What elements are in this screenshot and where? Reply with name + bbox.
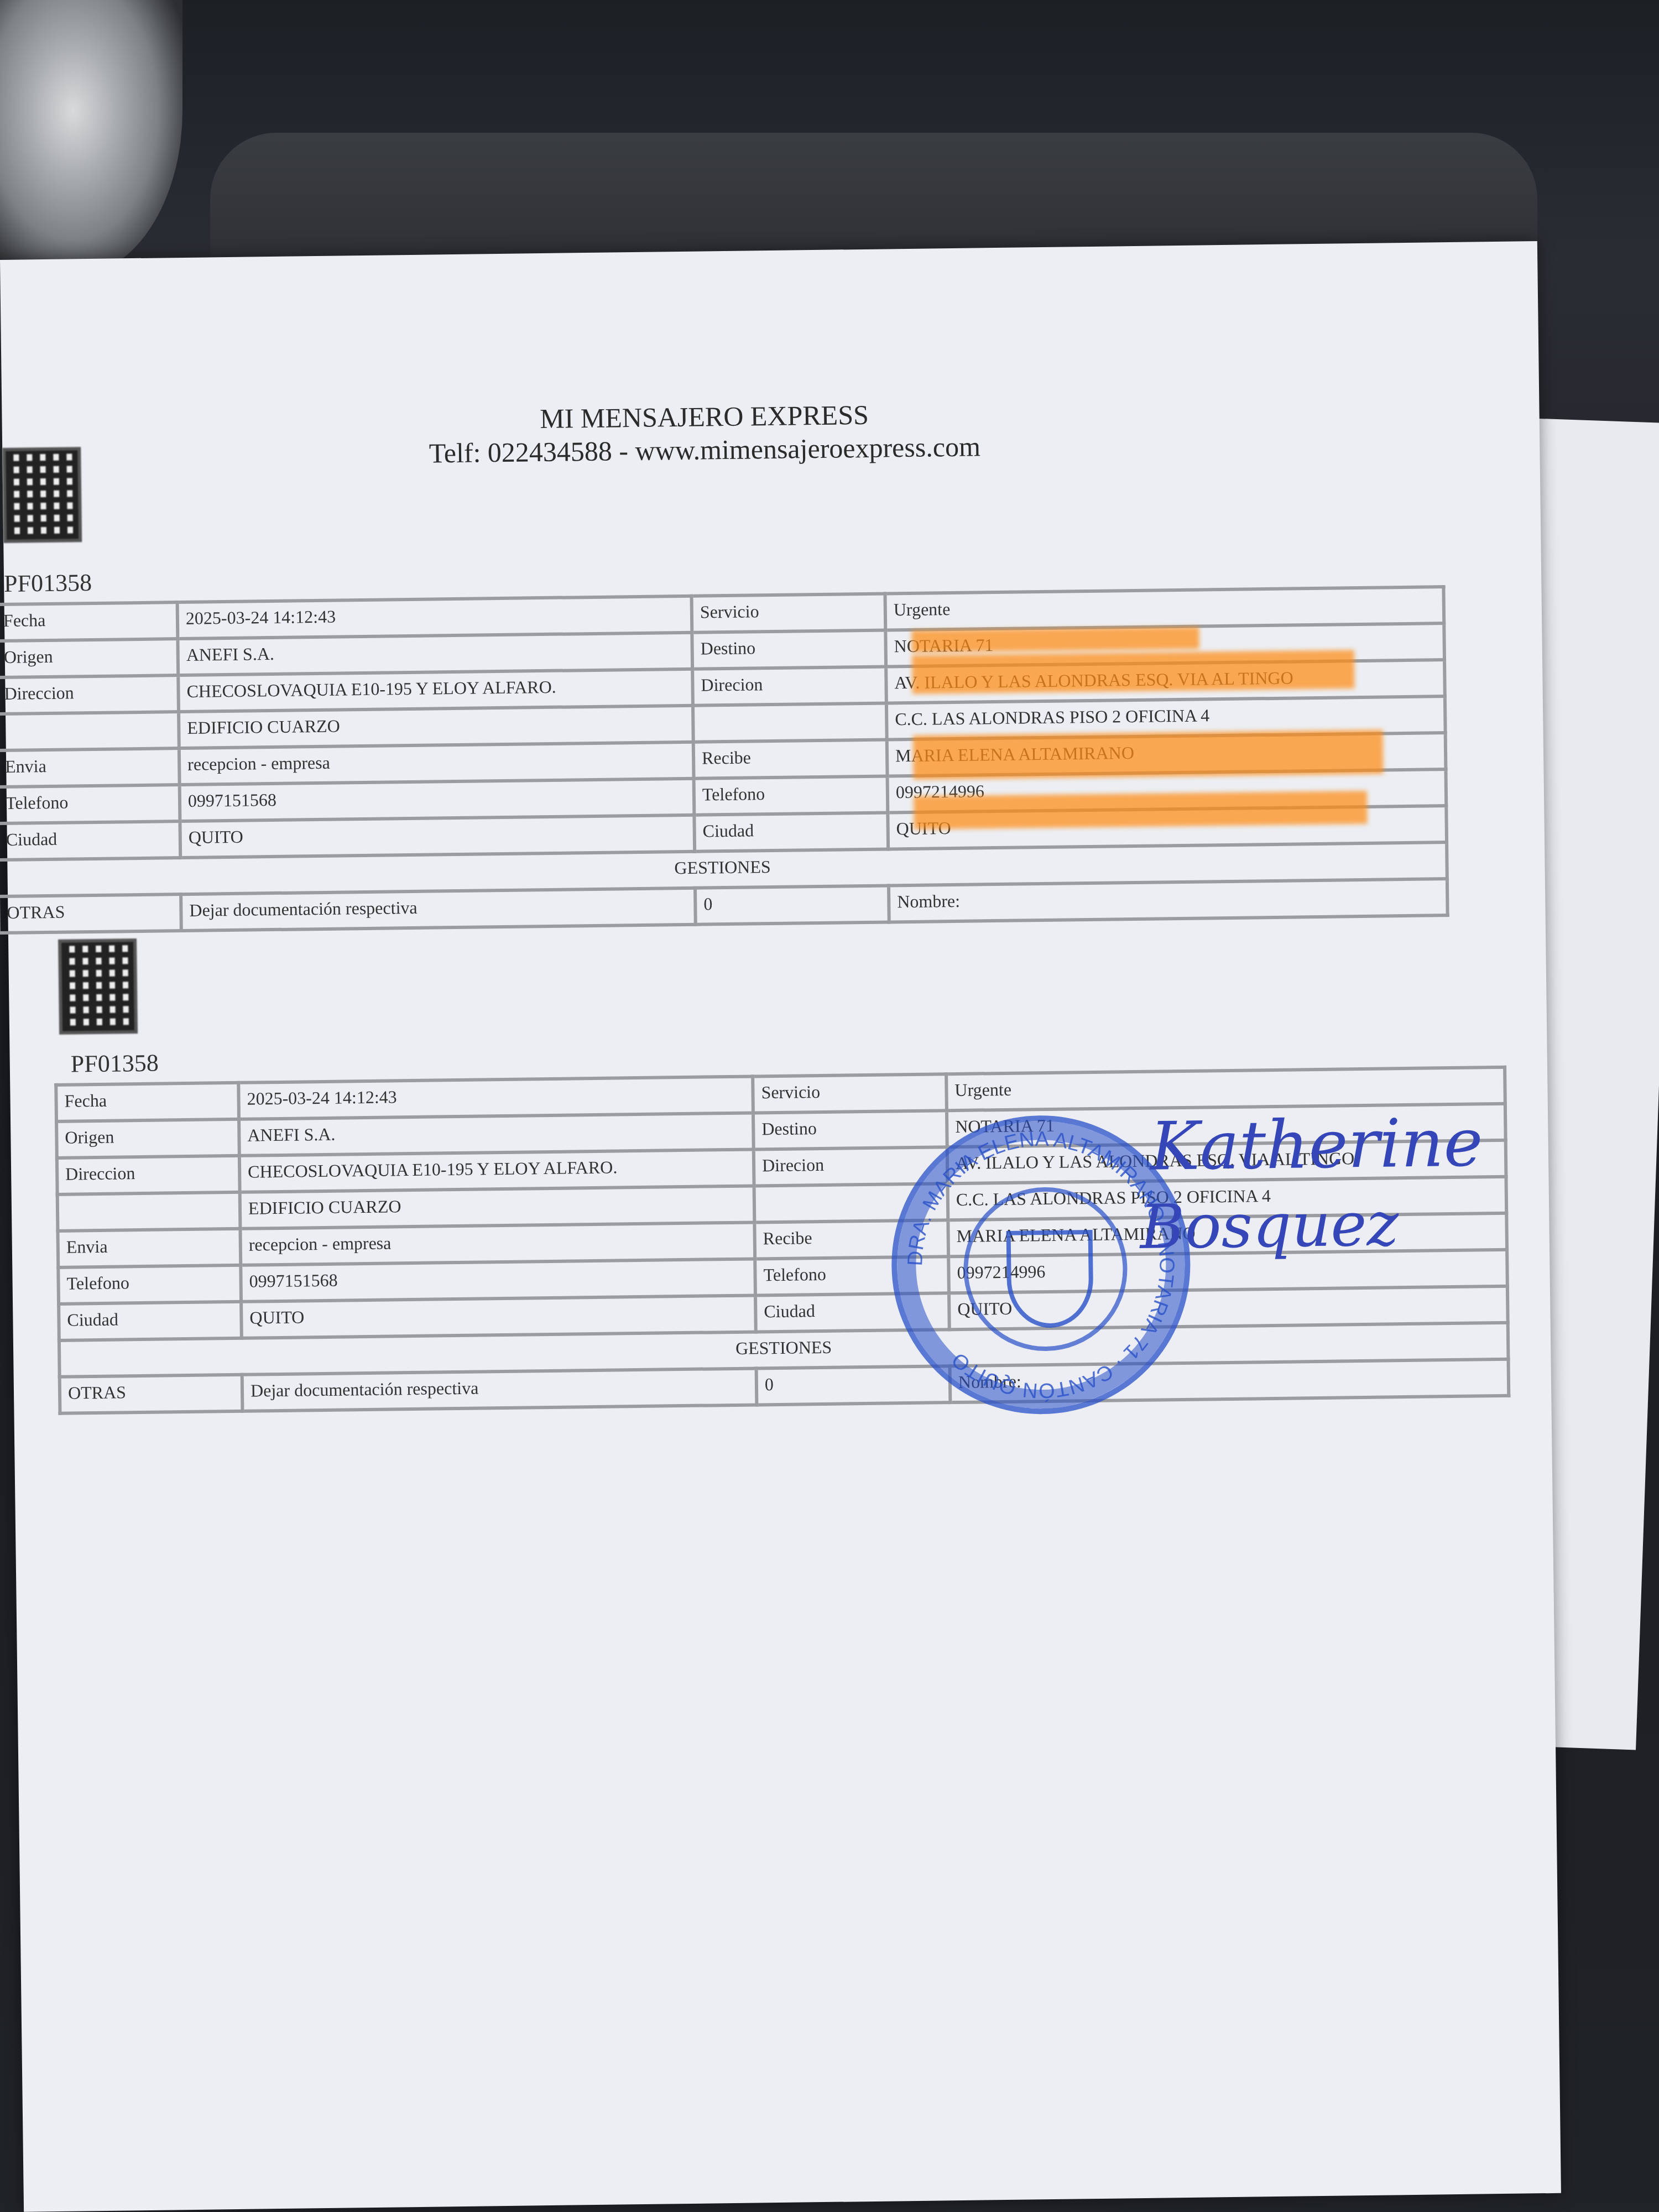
value-ciudad: QUITO xyxy=(241,1295,756,1338)
chair-metal-frame xyxy=(0,0,182,276)
gestion-description: Dejar documentación respectiva xyxy=(242,1368,757,1411)
gestion-name-label: Nombre: xyxy=(889,879,1448,922)
value-servicio: Urgente xyxy=(885,587,1444,630)
gestion-description: Dejar documentación respectiva xyxy=(181,888,696,931)
value-direccion-line1: CHECOSLOVAQUIA E10-195 Y ELOY ALFARO. xyxy=(239,1149,754,1192)
label-telefono-destino: Telefono xyxy=(694,776,888,815)
signature-last-name: Bosquez xyxy=(1140,1188,1399,1262)
highlight-mark xyxy=(913,730,1384,780)
label-direccion-destino: Direcion xyxy=(692,666,886,705)
value-envia: recepcion - empresa xyxy=(179,742,694,785)
value-origen: ANEFI S.A. xyxy=(239,1113,754,1155)
value-fecha: 2025-03-24 14:12:43 xyxy=(238,1076,753,1119)
highlight-mark xyxy=(914,791,1368,830)
label-ciudad: Ciudad xyxy=(0,821,180,860)
delivery-receipt-paper: MI MENSAJERO EXPRESS Telf: 022434588 - w… xyxy=(0,241,1561,2212)
label-fecha: Fecha xyxy=(0,602,178,641)
value-ciudad: QUITO xyxy=(180,815,695,858)
label-telefono: Telefono xyxy=(58,1265,241,1304)
label-ciudad-destino: Ciudad xyxy=(694,812,888,851)
value-direccion-line2: EDIFICIO CUARZO xyxy=(179,706,693,748)
label-direccion: Direccion xyxy=(57,1156,240,1194)
highlight-mark xyxy=(911,627,1199,653)
value-telefono: 0997151568 xyxy=(241,1259,755,1301)
label-envia: Envia xyxy=(0,748,180,787)
label-origen: Origen xyxy=(0,639,178,677)
highlight-mark xyxy=(912,650,1355,694)
value-direccion-line2: EDIFICIO CUARZO xyxy=(240,1186,755,1228)
gestion-type: OTRAS xyxy=(60,1375,243,1413)
notary-stamp: DRA. MARIA ELENA ALTAMIRANO · NOTARIA 71… xyxy=(890,1114,1192,1416)
value-origen: ANEFI S.A. xyxy=(178,633,692,675)
blank-cell xyxy=(58,1192,241,1231)
blank-cell xyxy=(0,712,179,750)
tracking-code: PF01358 xyxy=(4,568,92,598)
blank-cell xyxy=(693,703,887,742)
label-origen: Origen xyxy=(56,1119,239,1158)
gestion-quantity: 0 xyxy=(695,885,889,924)
value-fecha: 2025-03-24 14:12:43 xyxy=(178,596,692,639)
tracking-code: PF01358 xyxy=(70,1049,159,1078)
gestion-type: OTRAS xyxy=(0,894,181,933)
label-destino: Destino xyxy=(692,630,886,669)
label-ciudad: Ciudad xyxy=(59,1302,242,1340)
value-envia: recepcion - empresa xyxy=(240,1222,755,1265)
signature-first-name: Katherine xyxy=(1150,1104,1483,1185)
label-direccion: Direccion xyxy=(0,675,179,714)
value-telefono: 0997151568 xyxy=(180,779,695,821)
label-fecha: Fecha xyxy=(56,1083,239,1121)
stamp-ring-text: DRA. MARIA ELENA ALTAMIRANO · NOTARIA 71… xyxy=(895,1119,1186,1410)
label-servicio: Servicio xyxy=(753,1074,947,1113)
svg-text:DRA. MARIA ELENA ALTAMIRANO ·: DRA. MARIA ELENA ALTAMIRANO · NOTARIA 71… xyxy=(902,1126,1180,1405)
qr-code-icon xyxy=(58,938,138,1035)
label-recibe: Recibe xyxy=(693,739,888,778)
label-envia: Envia xyxy=(58,1229,241,1267)
value-direccion-line1: CHECOSLOVAQUIA E10-195 Y ELOY ALFARO. xyxy=(178,669,693,712)
value-servicio: Urgente xyxy=(946,1067,1505,1110)
label-telefono: Telefono xyxy=(0,785,180,823)
qr-code-icon xyxy=(2,447,82,543)
label-servicio: Servicio xyxy=(692,593,886,632)
